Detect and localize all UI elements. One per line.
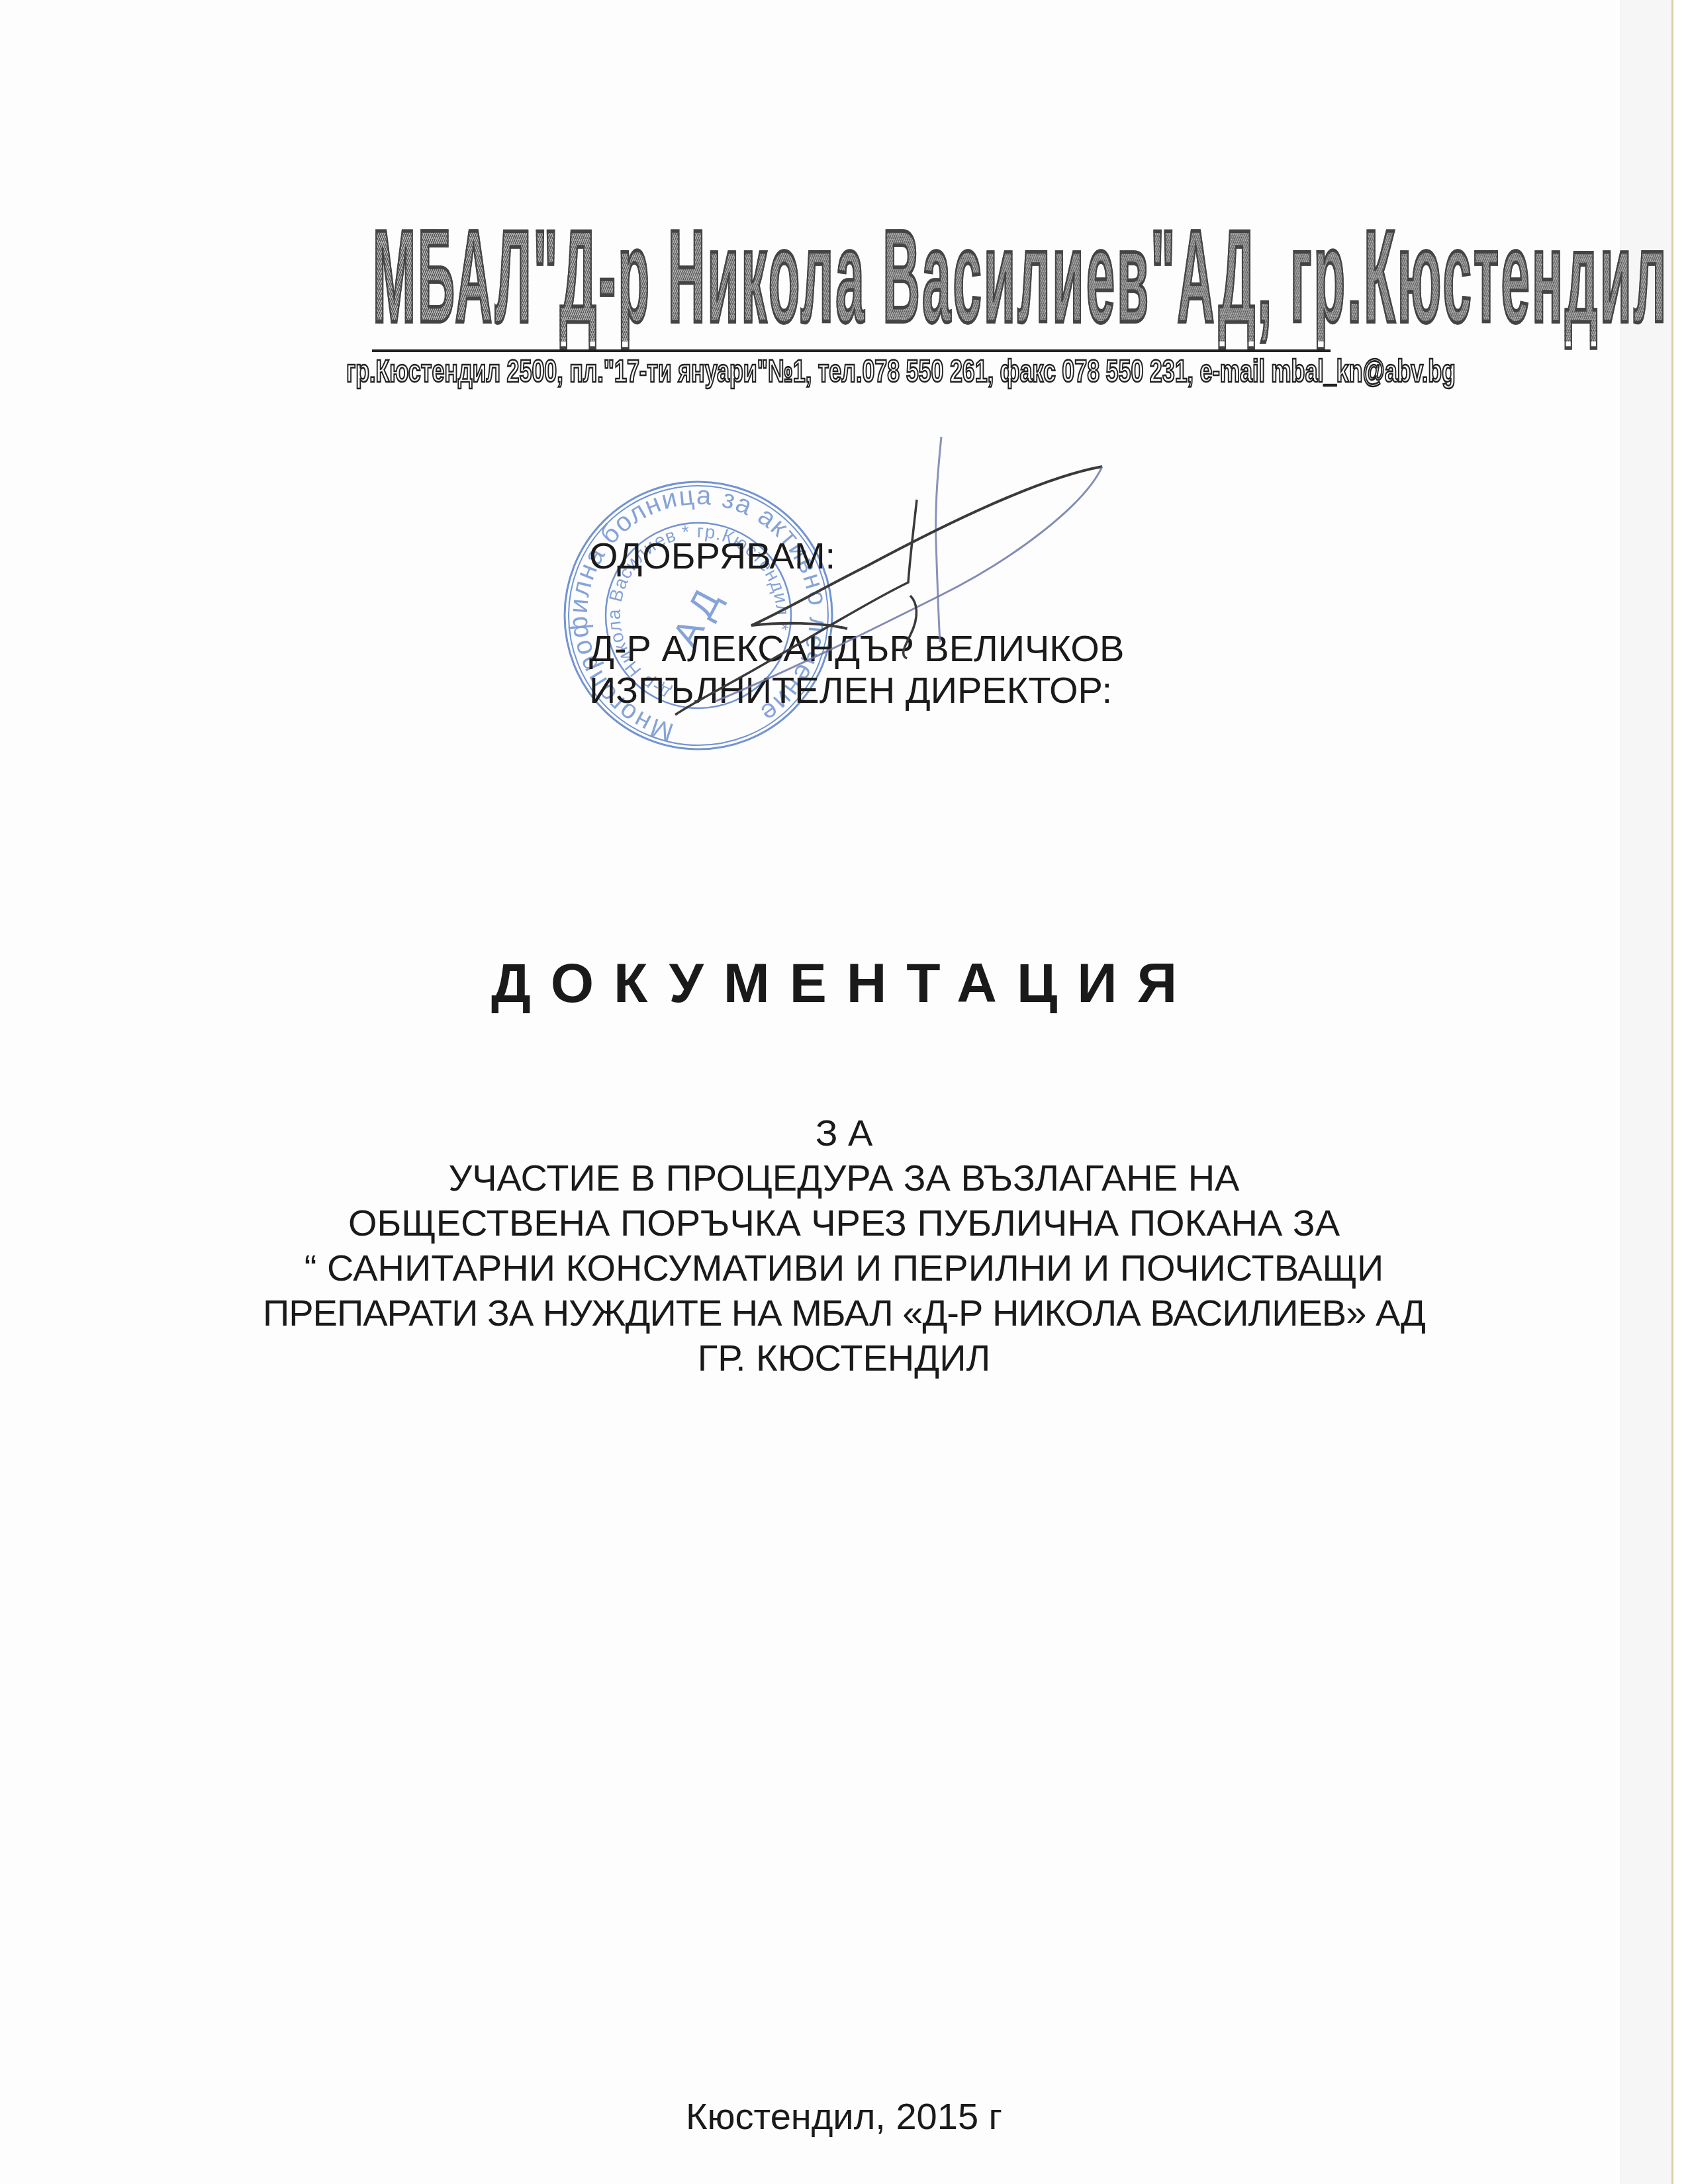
subtitle-line: ГР. КЮСТЕНДИЛ — [0, 1336, 1688, 1381]
document-footer-place-date: Кюстендил, 2015 г — [0, 2098, 1688, 2135]
approver-position: ИЗПЪЛНИТЕЛЕН ДИРЕКТОР: — [589, 672, 1112, 709]
subtitle-line: З А — [0, 1111, 1688, 1156]
svg-text:Многопрофилна болница за актив: Многопрофилна болница за активно лечение — [559, 477, 837, 754]
letterhead-divider — [372, 349, 1331, 352]
subtitle-line: ОБЩЕСТВЕНА ПОРЪЧКА ЧРЕЗ ПУБЛИЧНА ПОКАНА … — [0, 1201, 1688, 1246]
scan-outside-area — [1673, 0, 1688, 2184]
approver-name: Д-Р АЛЕКСАНДЪР ВЕЛИЧКОВ — [589, 630, 1124, 667]
letterhead-address: гр.Кюстендил 2500, пл."17-ти януари"№1, … — [346, 355, 1688, 394]
document-subtitle: З А УЧАСТИЕ В ПРОЦЕДУРА ЗА ВЪЗЛАГАНЕ НА … — [0, 1111, 1688, 1381]
subtitle-line: ПРЕПАРАТИ ЗА НУЖДИТЕ НА МБАЛ «Д-Р НИКОЛА… — [0, 1291, 1688, 1336]
subtitle-line: “ САНИТАРНИ КОНСУМАТИВИ И ПЕРИЛНИ И ПОЧИ… — [0, 1246, 1688, 1291]
stamp-outer-text: Многопрофилна болница за активно лечение — [559, 477, 837, 754]
document-title: ДОКУМЕНТАЦИЯ — [0, 955, 1688, 1011]
letterhead-title-text: МБАЛ"Д-р Никола Василиев"АД, гр.Кюстенди… — [373, 210, 1668, 341]
subtitle-line: УЧАСТИЕ В ПРОЦЕДУРА ЗА ВЪЗЛАГАНЕ НА — [0, 1156, 1688, 1201]
approval-label: ОДОБРЯВАМ: — [589, 537, 835, 574]
letterhead-address-text: гр.Кюстендил 2500, пл."17-ти януари"№1, … — [346, 355, 1456, 387]
letterhead-title: МБАЛ"Д-р Никола Василиев"АД, гр.Кюстенди… — [373, 210, 1326, 349]
stamp-seal-icon: Многопрофилна болница за активно лечение… — [559, 477, 837, 754]
